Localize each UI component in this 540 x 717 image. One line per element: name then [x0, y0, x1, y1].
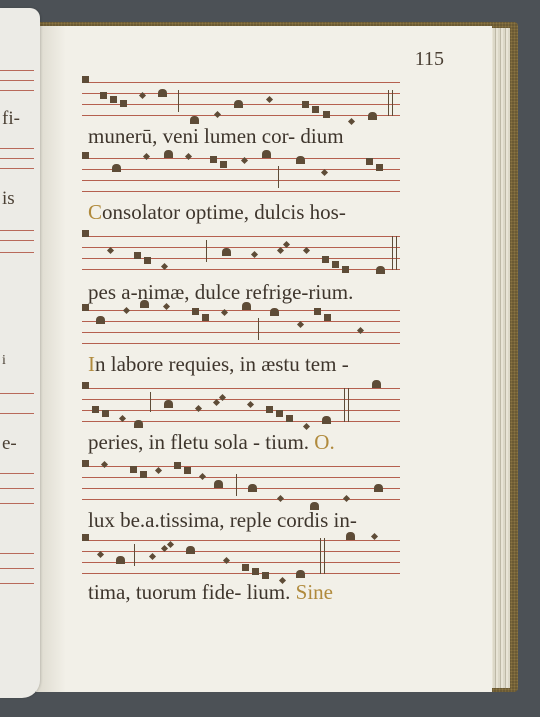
left-fragment: fi- [2, 108, 20, 130]
lyric-line: pes a-nimæ, dulce refrige-rium. [88, 280, 353, 305]
illuminated-initial: C [88, 200, 102, 224]
illuminated-initial: I [88, 352, 95, 376]
illuminated-initial: Sine [296, 580, 333, 604]
lyric-line: munerū, veni lumen cor- dium [88, 124, 344, 149]
music-staff [82, 82, 400, 116]
music-staff [82, 158, 400, 192]
music-staff [82, 466, 400, 500]
lyric-line: peries, in fletu sola - tium. O. [88, 430, 335, 455]
music-staff [82, 310, 400, 344]
illuminated-initial: O. [314, 430, 334, 454]
left-fragment: i [2, 353, 6, 369]
lyric-line: In labore requies, in æstu tem - [88, 352, 349, 377]
lyric-line: lux be.a.tissima, reple cordis in- [88, 508, 357, 533]
lyric-line: tima, tuorum fide- lium. Sine [88, 580, 333, 605]
page-number: 115 [415, 48, 444, 71]
left-page-fragment: fi- is i e- [0, 8, 40, 698]
music-staff [82, 236, 400, 270]
music-staff [82, 388, 400, 422]
lyric-line: Consolator optime, dulcis hos- [88, 200, 346, 225]
left-fragment: e- [2, 433, 17, 455]
left-fragment: is [2, 188, 15, 210]
music-staff [82, 540, 400, 574]
